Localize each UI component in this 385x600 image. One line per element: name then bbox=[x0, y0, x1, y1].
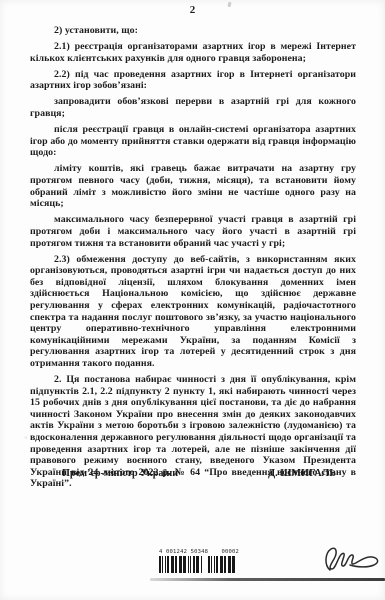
paragraph: максимального часу безперервної участі г… bbox=[30, 214, 356, 249]
paragraph: запровадити обов’язкові перерви в азартн… bbox=[30, 96, 356, 119]
signatory-name: Д. ШМИГАЛЬ bbox=[268, 468, 336, 479]
paragraph: 2.1) реєстрація організаторами азартних … bbox=[30, 41, 356, 64]
signature-block: Прем’єр-міністр України Д. ШМИГАЛЬ bbox=[30, 468, 356, 479]
paragraph: 2) установити, що: bbox=[30, 25, 356, 37]
paragraph: 2.2) під час проведення азартних ігор в … bbox=[30, 69, 356, 92]
page-number: 2 bbox=[0, 4, 385, 16]
document-body: 2) установити, що: 2.1) реєстрація орган… bbox=[30, 25, 356, 494]
barcode-digits-right: 00002 bbox=[221, 549, 239, 555]
barcode-bars-right bbox=[208, 556, 237, 573]
document-page: 2 × 2) установити, що: 2.1) реєстрація о… bbox=[0, 0, 385, 600]
paragraph: 2.3) обмеження доступу до веб-сайтів, з … bbox=[30, 254, 356, 370]
barcode-bars bbox=[159, 556, 239, 573]
paragraph: після реєстрації гравця в онлайн-системі… bbox=[30, 124, 356, 159]
barcode-digits-left: 4 001242 50348 bbox=[159, 549, 208, 555]
scan-edge-line bbox=[150, 578, 385, 581]
barcode-bars-left bbox=[159, 556, 203, 573]
handwritten-signature-icon bbox=[320, 543, 382, 582]
signatory-title: Прем’єр-міністр України bbox=[62, 468, 178, 479]
barcode: 4 001242 50348 00002 bbox=[159, 549, 239, 573]
paragraph: ліміту коштів, які гравець бажає витрача… bbox=[30, 163, 356, 209]
barcode-digits: 4 001242 50348 00002 bbox=[159, 549, 239, 555]
